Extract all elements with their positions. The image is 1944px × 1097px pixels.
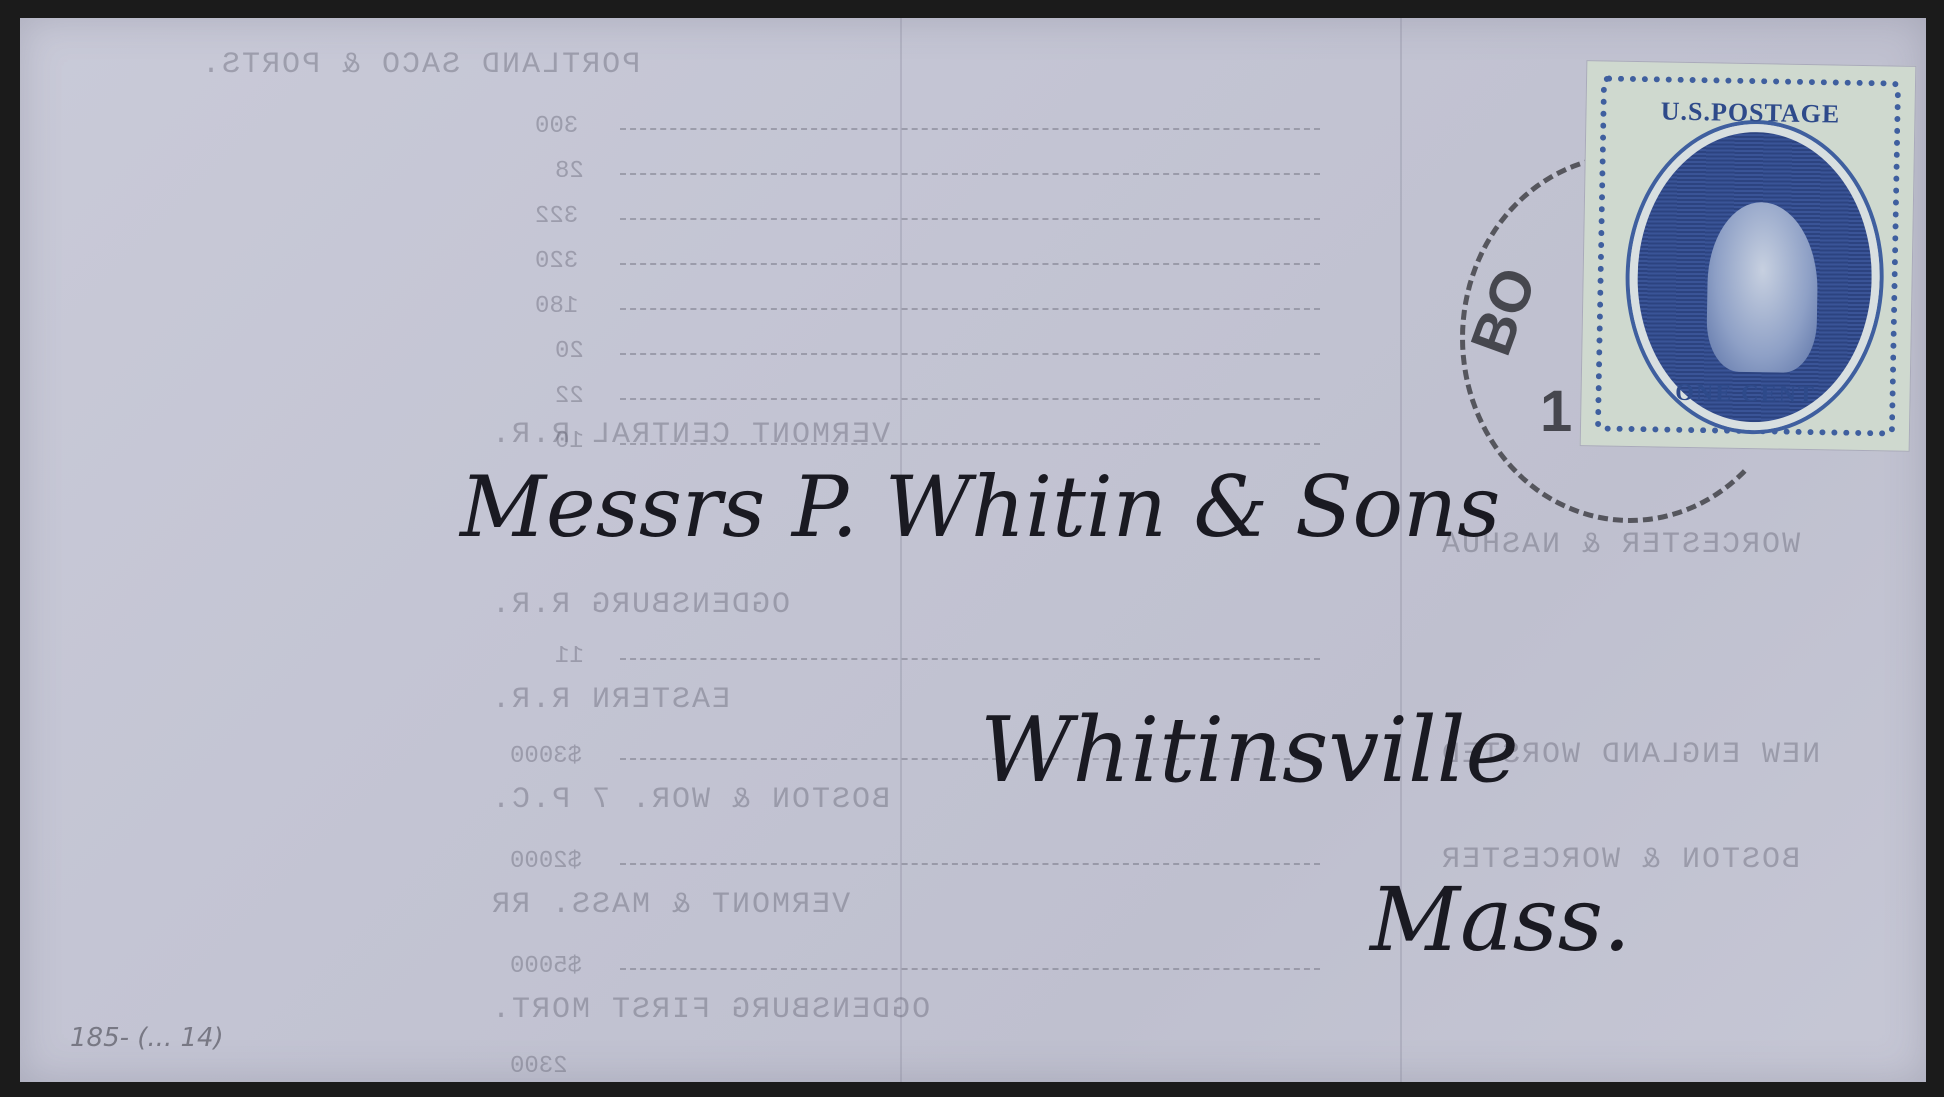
show-through-print: OGDENSBURG R.R. [490,588,790,622]
show-through-number: 28 [555,158,584,185]
show-through-number: 10 [555,428,584,455]
show-through-number: 300 [535,113,578,140]
show-through-number: $2000 [510,848,582,875]
show-through-number: 20 [555,338,584,365]
show-through-number: 180 [535,293,578,320]
show-through-print: PORTLAND SACO & PORTS. [200,48,640,82]
dotted-leader [620,353,1320,355]
franklin-portrait-icon [1706,201,1819,373]
dotted-leader [620,968,1320,970]
pencil-notation: 185- (... 14) [70,1023,224,1053]
dotted-leader [620,308,1320,310]
stamp-bottom-text: ONE CENT [1581,378,1909,411]
postal-cover: PORTLAND SACO & PORTS. VERMONT CENTRAL R… [20,18,1926,1082]
address-line-3: Mass. [1370,868,1631,971]
postage-stamp: U.S.POSTAGE ONE CENT [1580,60,1917,452]
postmark-digit: 1 [1540,378,1572,445]
show-through-number: 320 [535,248,578,275]
show-through-print: VERMONT CENTRAL R.R. [490,418,890,452]
dotted-leader [620,658,1320,660]
dotted-leader [620,128,1320,130]
show-through-print: EASTERN R.R. [490,683,730,717]
dotted-leader [620,863,1320,865]
dotted-leader [620,443,1320,445]
show-through-number: $3000 [510,743,582,770]
dotted-leader [620,263,1320,265]
show-through-number: 2300 [510,1053,568,1080]
stamp-top-text: U.S.POSTAGE [1586,95,1914,131]
show-through-number: 11 [555,643,584,670]
dotted-leader [620,218,1320,220]
show-through-print: BOSTON & WOR. 7 P.C. [490,783,890,817]
address-line-1: Messrs P. Whitin & Sons [460,458,1500,556]
address-line-2: Whitinsville [980,698,1519,803]
show-through-number: 322 [535,203,578,230]
show-through-print: VERMONT & MASS. RR [490,888,850,922]
show-through-print: OGDENSBURG FIRST MORT. [490,993,930,1027]
dotted-leader [620,398,1320,400]
show-through-number: 22 [555,383,584,410]
show-through-number: $5000 [510,953,582,980]
dotted-leader [620,173,1320,175]
